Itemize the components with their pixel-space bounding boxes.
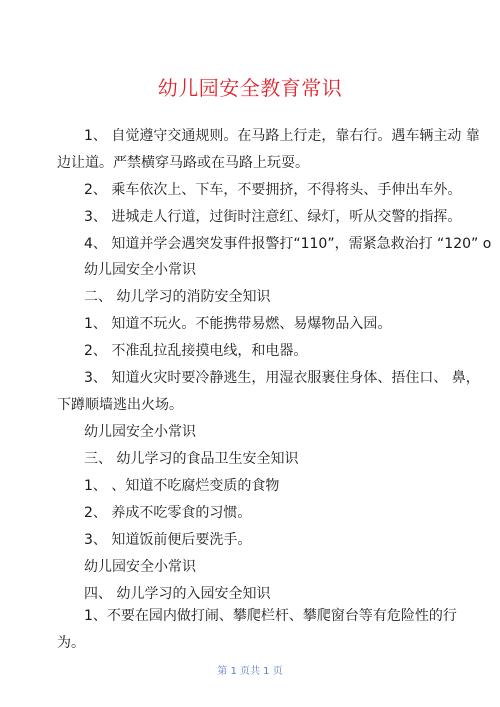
body-line: 幼儿园安全小常识 — [84, 558, 196, 576]
body-line: 幼儿园安全小常识 — [84, 423, 196, 441]
body-line: 三、 幼儿学习的食品卫生安全知识 — [84, 450, 298, 468]
body-line: 四、 幼儿学习的入园安全知识 — [84, 585, 270, 603]
body-line: 幼儿园安全小常识 — [84, 261, 196, 279]
body-line: 3、 知道饭前便后要洗手。 — [84, 531, 251, 549]
body-line: 4、 知道并学会遇突发事件报警打“110”，需紧急救治打 “120” o — [84, 235, 491, 253]
body-line: 2、 养成不吃零食的习惯。 — [84, 504, 251, 522]
body-line: 1、 知道不玩火。不能携带易燃、易爆物品入园。 — [84, 315, 391, 333]
document-title: 幼儿园安全教育常识 — [0, 72, 500, 101]
body-line: 下蹲顺墙逃出火场。 — [57, 396, 183, 414]
body-line: 1、 自觉遵守交通规则。在马路上行走，靠右行。遇车辆主动 靠 — [84, 127, 480, 145]
body-line: 3、 知道火灾时要冷静逃生，用湿衣服裹住身体、捂住口、 鼻， — [84, 369, 480, 387]
body-line: 二、 幼儿学习的消防安全知识 — [84, 288, 270, 306]
body-line: 2、 不准乱拉乱接摸电线，和电器。 — [84, 342, 307, 360]
body-line: 1、不要在园内做打闹、攀爬栏杆、攀爬窗台等有危险性的行 — [84, 607, 457, 625]
page-footer: 第 1 页共 1 页 — [0, 662, 500, 677]
body-line: 为。 — [57, 634, 85, 652]
body-line: 2、 乘车依次上、下车，不要拥挤，不得将头、手伸出车外。 — [84, 181, 461, 199]
body-line: 1、 、知道不吃腐烂变质的食物 — [84, 477, 279, 495]
body-line: 3、 进城走人行道，过街时注意红、绿灯，听从交警的指挥。 — [84, 208, 461, 226]
body-line: 边让道。严禁横穿马路或在马路上玩耍。 — [57, 154, 309, 172]
